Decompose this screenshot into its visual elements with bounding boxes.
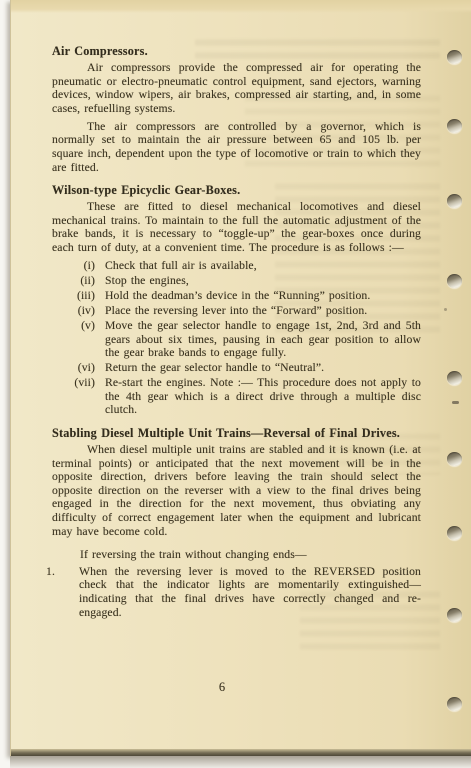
list-item: (vi) Return the gear selector handle to … [52,361,421,375]
binder-hole [447,526,462,540]
list-item: (iv) Place the reversing lever into the … [52,304,421,318]
paragraph: These are fitted to diesel mechanical lo… [52,200,421,254]
list-item-number: (vii) [52,376,95,417]
numbered-item-1: 1. When the reversing lever is moved to … [52,565,421,619]
list-item-text: Check that full air is available, [105,259,421,273]
binder-hole [447,274,462,288]
list-item-text: Return the gear selector handle to “Neut… [105,361,421,375]
list-item-text: Re-start the engines. Note :— This proce… [105,376,421,417]
list-item-number: (i) [52,259,95,273]
paragraph: When diesel multiple unit trains are sta… [52,443,421,538]
binder-hole [447,608,462,622]
paragraph: Air compressors provide the compressed a… [52,61,421,115]
reversing-intro-line: If reversing the train without changing … [52,548,421,562]
section-heading-air-compressors: Air Compressors. [52,44,421,58]
binder-hole [447,119,462,133]
paper-speck [452,401,459,404]
list-item-text: Hold the deadman’s device in the “Runnin… [105,289,421,303]
list-item-number: (iv) [52,304,95,318]
paragraph: The air compressors are controlled by a … [52,120,421,174]
list-item-number: (v) [52,319,95,360]
list-item-number: (ii) [52,274,95,288]
list-item: (i) Check that full air is available, [52,259,421,273]
list-item-number: 1. [46,565,60,619]
binder-hole [447,371,462,385]
procedure-list: (i) Check that full air is available, (i… [52,259,421,417]
section-heading-gear-boxes: Wilson-type Epicyclic Gear-Boxes. [52,183,421,197]
list-item-number: (vi) [52,361,95,375]
list-item-number: (iii) [52,289,95,303]
list-item-text: Move the gear selector handle to engage … [105,319,421,360]
scan-background-shadow [10,756,471,768]
binder-hole [447,194,462,208]
list-item: (ii) Stop the engines, [52,274,421,288]
list-item-text: When the reversing lever is moved to the… [79,565,421,619]
section-heading-stabling-dmu: Stabling Diesel Multiple Unit Trains—Rev… [52,426,421,440]
binder-hole [447,697,462,711]
page-bottom-edge [11,749,471,756]
paper-speck [444,308,447,311]
binder-hole [447,452,462,466]
page-number: 6 [210,680,234,695]
list-item: (v) Move the gear selector handle to eng… [52,319,421,360]
list-item: (iii) Hold the deadman’s device in the “… [52,289,421,303]
binder-hole [447,50,462,64]
page-content: Air Compressors. Air compressors provide… [52,44,421,619]
page-top-edge [11,0,471,13]
scanned-manual-page: Air Compressors. Air compressors provide… [0,0,471,768]
list-item-text: Stop the engines, [105,274,421,288]
list-item: (vii) Re-start the engines. Note :— This… [52,376,421,417]
list-item-text: Place the reversing lever into the “Forw… [105,304,421,318]
